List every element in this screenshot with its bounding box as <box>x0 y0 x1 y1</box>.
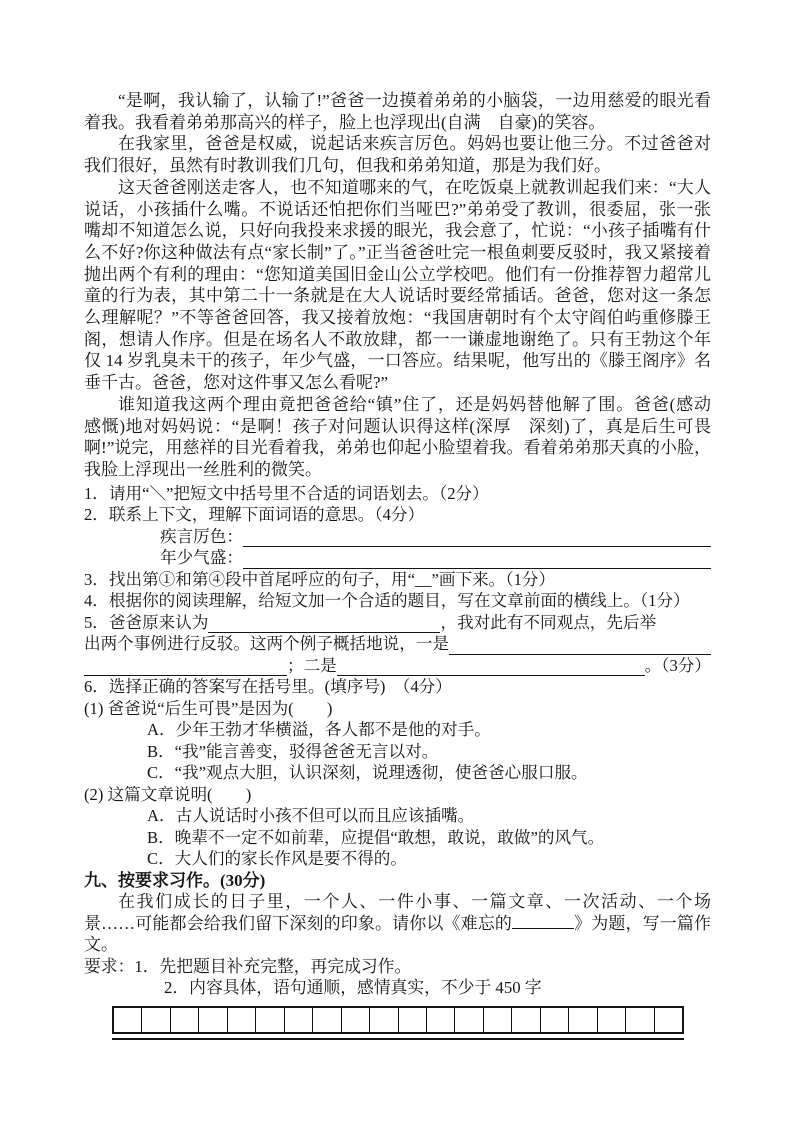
question-2-term-2: 年少气盛： <box>160 547 711 569</box>
grid-cell[interactable] <box>426 1008 454 1032</box>
question-6-1-label: (1) 爸爸说“后生可畏”是因为( ) <box>84 698 711 720</box>
question-5-text: ；二是 <box>287 655 337 677</box>
grid-cell[interactable] <box>454 1008 482 1032</box>
question-1: 1．请用“＼”把短文中括号里不合适的词语划去。（2分） <box>84 483 711 505</box>
question-6-2-option-c: C．大人们的家长作风是要不得的。 <box>147 848 711 870</box>
term-label: 疾言厉色： <box>160 526 243 548</box>
reading-passage: “是啊，我认输了，认输了!”爸爸一边摸着弟弟的小脑袋，一边用慈爱的眼光看着我。我… <box>84 90 711 481</box>
writing-grid <box>112 1006 684 1034</box>
grid-cell[interactable] <box>398 1008 426 1032</box>
passage-paragraph-2: 在我家里，爸爸是权威，说起话来疾言厉色。妈妈也要让他三分。不过爸爸对我们很好，虽… <box>84 133 711 176</box>
question-6-2-label: (2) 这篇文章说明( ) <box>84 784 711 806</box>
grid-cell[interactable] <box>170 1008 198 1032</box>
passage-paragraph-3: 这天爸爸刚送走客人，也不知道哪来的气，在吃饭桌上就教训起我们来：“大人说话，小孩… <box>84 177 711 394</box>
grid-cell[interactable] <box>141 1008 169 1032</box>
composition-section: 九、按要求习作。(30分) 在我们成长的日子里，一个人、一件小事、一篇文章、一次… <box>84 870 711 1040</box>
grid-cell[interactable] <box>255 1008 283 1032</box>
exam-page: “是啊，我认输了，认输了!”爸爸一边摸着弟弟的小脑袋，一边用慈爱的眼光看着我。我… <box>84 90 711 1040</box>
passage-paragraph-1: “是啊，我认输了，认输了!”爸爸一边摸着弟弟的小脑袋，一边用慈爱的眼光看着我。我… <box>84 90 711 133</box>
question-5-text: ，我对此有不同观点，先后举 <box>440 612 656 634</box>
grid-cell[interactable] <box>227 1008 255 1032</box>
question-5-text: 。（3分） <box>645 655 711 677</box>
question-5-text: 5．爸爸原来认为 <box>84 612 208 634</box>
grid-cell[interactable] <box>312 1008 340 1032</box>
term-label: 年少气盛： <box>160 547 243 569</box>
grid-cell[interactable] <box>654 1008 682 1032</box>
question-5-line-3: ；二是 。（3分） <box>84 655 711 677</box>
grid-cell[interactable] <box>369 1008 397 1032</box>
composition-intro: 在我们成长的日子里，一个人、一件小事、一篇文章、一次活动、一个场景……可能都会给… <box>84 891 711 956</box>
question-2-term-1: 疾言厉色： <box>160 526 711 548</box>
answer-blank[interactable] <box>243 551 711 569</box>
answer-blank[interactable] <box>449 637 711 655</box>
grid-cell[interactable] <box>597 1008 625 1032</box>
title-blank[interactable] <box>512 915 574 929</box>
answer-blank[interactable] <box>84 658 287 676</box>
grid-cell[interactable] <box>511 1008 539 1032</box>
question-5-text: 出两个事例进行反驳。这两个例子概括地说，一是 <box>84 633 449 655</box>
question-section: 1．请用“＼”把短文中括号里不合适的词语划去。（2分） 2．联系上下文，理解下面… <box>84 483 711 870</box>
question-6-1-option-b: B．“我”能言善变，驳得爸爸无言以对。 <box>147 741 711 763</box>
grid-cell[interactable] <box>540 1008 568 1032</box>
grid-cell[interactable] <box>341 1008 369 1032</box>
question-5-line-1: 5．爸爸原来认为 ，我对此有不同观点，先后举 <box>84 612 711 634</box>
question-6-1-option-c: C．“我”观点大胆，认识深刻，说理透彻，使爸爸心服口服。 <box>147 762 711 784</box>
grid-cell[interactable] <box>114 1008 141 1032</box>
question-4: 4．根据你的阅读理解，给短文加一个合适的题目，写在文章前面的横线上。（1分） <box>84 590 711 612</box>
question-6-2-option-b: B．晚辈不一定不如前辈，应提倡“敢想，敢说，敢做”的风气。 <box>147 827 711 849</box>
question-2-label: 2．联系上下文，理解下面词语的意思。（4分） <box>84 504 711 526</box>
grid-bottom-rule <box>112 1038 684 1040</box>
answer-blank[interactable] <box>208 615 440 633</box>
composition-requirement-1: 要求：1．先把题目补充完整，再完成习作。 <box>84 956 711 978</box>
question-3: 3．找出第①和第④段中首尾呼应的句子，用“__”画下来。（1分） <box>84 569 711 591</box>
answer-blank[interactable] <box>337 658 645 676</box>
composition-heading: 九、按要求习作。(30分) <box>84 870 711 892</box>
grid-cell[interactable] <box>625 1008 653 1032</box>
question-5-line-2: 出两个事例进行反驳。这两个例子概括地说，一是 <box>84 633 711 655</box>
composition-requirement-2: 2．内容具体，语句通顺，感情真实，不少于 450 字 <box>164 977 711 999</box>
grid-cell[interactable] <box>198 1008 226 1032</box>
question-6-2-option-a: A．古人说话时小孩不但可以而且应该插嘴。 <box>147 805 711 827</box>
question-6-1-option-a: A．少年王勃才华横溢，各人都不是他的对手。 <box>147 719 711 741</box>
answer-blank[interactable] <box>243 529 711 547</box>
grid-cell[interactable] <box>568 1008 596 1032</box>
passage-paragraph-4: 谁知道我这两个理由竟把爸爸给“镇”住了，还是妈妈替他解了围。爸爸(感动 感慨)地… <box>84 394 711 481</box>
question-6-label: 6．选择正确的答案写在括号里。(填序号) （4分） <box>84 676 711 698</box>
grid-cell[interactable] <box>284 1008 312 1032</box>
grid-cell[interactable] <box>483 1008 511 1032</box>
